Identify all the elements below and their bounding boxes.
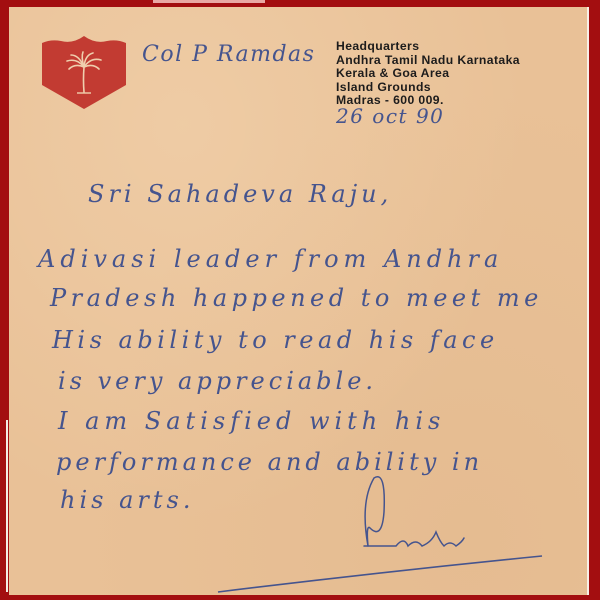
salutation: Sri Sahadeva Raju,: [88, 180, 392, 208]
address-line: Headquarters: [336, 40, 520, 54]
address-line: Island Grounds: [336, 81, 520, 95]
signature: Ramdas: [360, 472, 500, 562]
body-line: Pradesh happened to meet me: [50, 284, 543, 312]
letter-date: 26 oct 90: [336, 104, 444, 128]
paper-edge: [6, 420, 8, 592]
top-tab: [153, 0, 265, 3]
sender-name: Col P Ramdas: [142, 42, 315, 67]
address-line: Andhra Tamil Nadu Karnataka: [336, 54, 520, 68]
letterhead-address: Headquarters Andhra Tamil Nadu Karnataka…: [336, 40, 520, 108]
body-line: Adivasi leader from Andhra: [38, 245, 503, 273]
body-line: I am Satisfied with his: [58, 407, 445, 435]
body-line: his arts.: [60, 486, 194, 514]
palm-tree-shield-icon: [41, 35, 127, 110]
address-line: Kerala & Goa Area: [336, 67, 520, 81]
body-line: is very appreciable.: [58, 367, 377, 395]
body-line: His ability to read his face: [52, 326, 499, 354]
